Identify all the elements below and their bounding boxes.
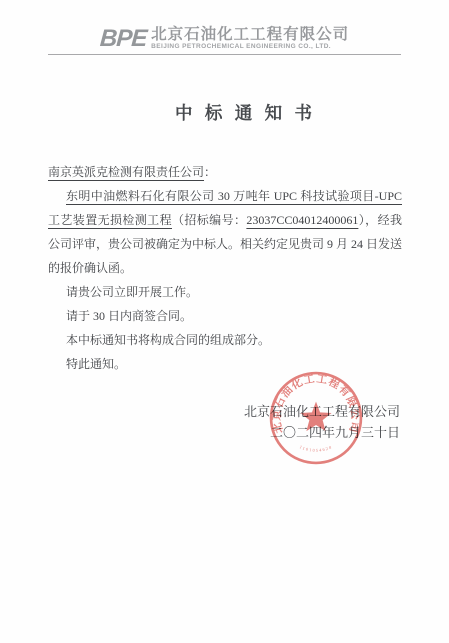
contract-part-line: 本中标通知书将构成合同的组成部分。 bbox=[48, 328, 402, 352]
contract-deadline-line: 请于 30 日内商签合同。 bbox=[48, 304, 402, 328]
letter-body: 南京英派克检测有限责任公司： 东明中油燃料石化有限公司 30 万吨年 UPC 科… bbox=[48, 160, 402, 376]
bid-number-label: （招标编号： bbox=[172, 213, 246, 227]
signature-company: 北京石油化工工程有限公司 bbox=[48, 401, 400, 422]
closing-line: 特此通知。 bbox=[48, 352, 402, 376]
bpe-logo-icon: BPE bbox=[99, 26, 147, 52]
header-divider bbox=[48, 54, 401, 55]
letterhead-names: 北京石油化工工程有限公司 BEIJING PETROCHEMICAL ENGIN… bbox=[151, 26, 349, 51]
start-work-line: 请贵公司立即开展工作。 bbox=[48, 280, 402, 304]
seal-serial-number: 1101054620 bbox=[299, 444, 333, 453]
greeting-colon: ： bbox=[204, 165, 216, 179]
document-title: 中 标 通 知 书 bbox=[0, 100, 449, 125]
company-name-en: BEIJING PETROCHEMICAL ENGINEERING CO., L… bbox=[151, 43, 349, 51]
company-name-cn: 北京石油化工工程有限公司 bbox=[151, 26, 349, 43]
document-page: BPE 北京石油化工工程有限公司 BEIJING PETROCHEMICAL E… bbox=[0, 0, 449, 643]
signature-date: 二〇二四年九月三十日 bbox=[48, 422, 400, 443]
recipient-name: 南京英派克检测有限责任公司 bbox=[48, 165, 204, 179]
letterhead: BPE 北京石油化工工程有限公司 BEIJING PETROCHEMICAL E… bbox=[0, 26, 449, 52]
award-paragraph: 东明中油燃料石化有限公司 30 万吨年 UPC 科技试验项目-UPC 工艺装置无… bbox=[48, 184, 402, 280]
greeting-line: 南京英派克检测有限责任公司： bbox=[48, 160, 402, 184]
signature-block: 北京石油化工工程有限公司 二〇二四年九月三十日 bbox=[48, 401, 400, 443]
bid-number: 23037CC04012400061 bbox=[246, 213, 358, 227]
